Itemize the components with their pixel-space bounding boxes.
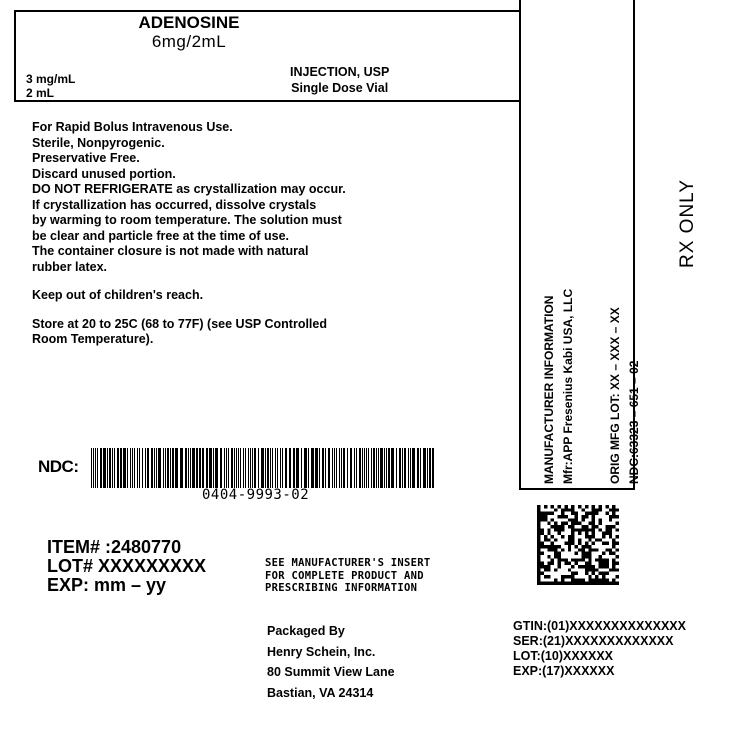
warning-line: The container closure is not made with n… bbox=[32, 244, 452, 260]
packager-street: 80 Summit View Lane bbox=[267, 662, 395, 683]
warning-line: DO NOT REFRIGERATE as crystallization ma… bbox=[32, 182, 452, 198]
item-number: ITEM# :2480770 bbox=[47, 538, 206, 557]
barcode-icon bbox=[91, 448, 434, 488]
lot-number: LOT# XXXXXXXXX bbox=[47, 557, 206, 576]
concentration-block: 3 mg/mL 2 mL bbox=[26, 72, 75, 100]
storage-line-2: Room Temperature). bbox=[32, 332, 452, 348]
gs1-exp: EXP:(17)XXXXXX bbox=[513, 664, 686, 679]
warning-line: Discard unused portion. bbox=[32, 167, 452, 183]
concentration: 3 mg/mL bbox=[26, 72, 75, 86]
manufacturer-ndc: NDC:63323 – 651 – 02 bbox=[625, 307, 644, 484]
datamatrix-icon bbox=[537, 505, 619, 585]
insert-line: FOR COMPLETE PRODUCT AND bbox=[265, 570, 431, 583]
gs1-lot: LOT:(10)XXXXXX bbox=[513, 649, 686, 664]
volume: 2 mL bbox=[26, 86, 75, 100]
packager-heading: Packaged By bbox=[267, 621, 395, 642]
packager-city: Bastian, VA 24314 bbox=[267, 683, 395, 704]
serial: SER:(21)XXXXXXXXXXXXX bbox=[513, 634, 686, 649]
insert-notice: SEE MANUFACTURER'S INSERT FOR COMPLETE P… bbox=[265, 557, 431, 595]
children-warning: Keep out of children's reach. bbox=[32, 288, 452, 304]
warning-line: be clear and particle free at the time o… bbox=[32, 229, 452, 245]
packager-name: Henry Schein, Inc. bbox=[267, 642, 395, 663]
product-header-box bbox=[14, 10, 519, 102]
item-info: ITEM# :2480770 LOT# XXXXXXXXX EXP: mm – … bbox=[47, 538, 206, 595]
product-title: ADENOSINE 6mg/2mL bbox=[135, 13, 243, 51]
drug-strength: 6mg/2mL bbox=[135, 32, 243, 51]
drug-name: ADENOSINE bbox=[135, 13, 243, 32]
dosage-form: INJECTION, USP bbox=[290, 64, 389, 80]
warning-line: by warming to room temperature. The solu… bbox=[32, 213, 452, 229]
manufacturer-block: MANUFACTURER INFORMATION Mfr:APP Freseni… bbox=[540, 289, 578, 484]
ndc-label: NDC: bbox=[38, 457, 79, 477]
warning-line: Preservative Free. bbox=[32, 151, 452, 167]
warning-line: rubber latex. bbox=[32, 260, 452, 276]
insert-line: SEE MANUFACTURER'S INSERT bbox=[265, 557, 431, 570]
manufacturer-name: Mfr:APP Fresenius Kabi USA, LLC bbox=[559, 289, 578, 484]
container-type: Single Dose Vial bbox=[290, 80, 389, 96]
warning-line: For Rapid Bolus Intravenous Use. bbox=[32, 120, 452, 136]
manufacturer-heading: MANUFACTURER INFORMATION bbox=[540, 289, 559, 484]
manufacturer-lot-block: ORIG MFG LOT: XX – XXX – XX NDC:63323 – … bbox=[606, 307, 644, 484]
gtin: GTIN:(01)XXXXXXXXXXXXXX bbox=[513, 619, 686, 634]
dosage-form-block: INJECTION, USP Single Dose Vial bbox=[290, 64, 389, 96]
storage-line-1: Store at 20 to 25C (68 to 77F) (see USP … bbox=[32, 317, 452, 333]
gs1-info: GTIN:(01)XXXXXXXXXXXXXX SER:(21)XXXXXXXX… bbox=[513, 619, 686, 679]
warning-line: If crystallization has occurred, dissolv… bbox=[32, 198, 452, 214]
packager-info: Packaged By Henry Schein, Inc. 80 Summit… bbox=[267, 621, 395, 703]
warnings-text: For Rapid Bolus Intravenous Use. Sterile… bbox=[32, 120, 452, 348]
expiration: EXP: mm – yy bbox=[47, 576, 206, 595]
orig-mfg-lot: ORIG MFG LOT: XX – XXX – XX bbox=[606, 307, 625, 484]
insert-line: PRESCRIBING INFORMATION bbox=[265, 582, 431, 595]
ndc-number: 0404-9993-02 bbox=[202, 487, 309, 503]
rx-only: RX ONLY bbox=[677, 179, 699, 268]
warning-line: Sterile, Nonpyrogenic. bbox=[32, 136, 452, 152]
